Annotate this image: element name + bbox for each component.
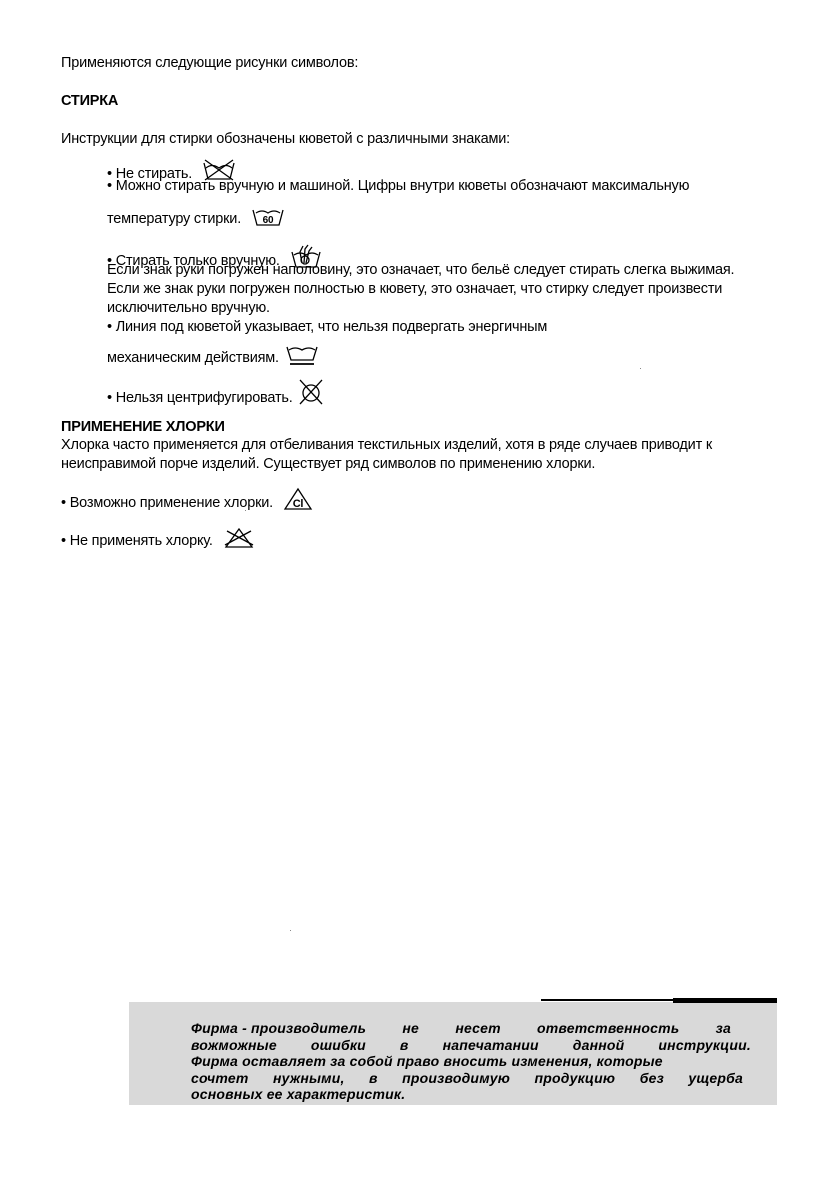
svg-text:60: 60 <box>263 215 274 226</box>
word: сочтет <box>191 1070 249 1086</box>
footer-rule-thick <box>673 998 777 1003</box>
word: в <box>400 1037 409 1053</box>
scan-speck <box>290 930 291 931</box>
item-text: • Возможно применение хлорки. <box>61 495 273 511</box>
do-not-tumble-dry-icon <box>298 378 324 410</box>
paragraph-line: Хлорка часто применяется для отбеливания… <box>61 437 712 453</box>
list-item: механическим действиям. <box>107 344 319 370</box>
disclaimer-line-2: вожможные ошибки в напечатании данной ин… <box>191 1037 751 1053</box>
word: в <box>369 1070 378 1086</box>
scan-speck <box>245 510 246 511</box>
footer-rule-thin <box>541 999 675 1001</box>
wash-60-icon: 60 <box>251 207 285 231</box>
paragraph-line: Если же знак руки погружен полностью в к… <box>107 281 722 297</box>
disclaimer-line-5: основных ее характеристик. <box>191 1086 405 1102</box>
word: напечатании <box>443 1037 539 1053</box>
washing-heading: СТИРКА <box>61 93 118 109</box>
list-item: • Нельзя центрифугировать. <box>107 378 324 410</box>
word: за <box>716 1020 731 1036</box>
item-text: • Нельзя центрифугировать. <box>107 390 293 406</box>
disclaimer-line-1: Фирма - производитель не несет ответстве… <box>191 1020 731 1036</box>
word: ошибки <box>311 1037 366 1053</box>
word: ущерба <box>688 1070 743 1086</box>
word: данной <box>573 1037 625 1053</box>
disclaimer-line-4: сочтет нужными, в производимую продукцию… <box>191 1070 743 1086</box>
paragraph-line: Если знак руки погружен наполовину, это … <box>107 262 734 278</box>
paragraph-line: исключительно вручную. <box>107 300 270 316</box>
item-text: • Не применять хлорку. <box>61 533 213 549</box>
svg-text:Cl: Cl <box>293 498 304 510</box>
paragraph-line: неисправимой порче изделий. Существует р… <box>61 456 595 472</box>
word: нужными, <box>273 1070 345 1086</box>
item-text: температуру стирки. <box>107 211 241 227</box>
word: вожможные <box>191 1037 277 1053</box>
disclaimer-line-3: Фирма оставляет за собой право вносить и… <box>191 1053 663 1069</box>
item-text: механическим действиям. <box>107 350 279 366</box>
word: инструкции. <box>658 1037 751 1053</box>
word: несет <box>455 1020 500 1036</box>
word: ответственность <box>537 1020 679 1036</box>
bleach-heading: ПРИМЕНЕНИЕ ХЛОРКИ <box>61 419 225 435</box>
gentle-wash-icon <box>285 344 319 370</box>
list-item: • Возможно применение хлорки. Cl <box>61 487 313 515</box>
list-item: • Не применять хлорку. <box>61 527 255 553</box>
scan-speck <box>640 368 641 369</box>
word: не <box>402 1020 419 1036</box>
list-item: • Линия под кюветой указывает, что нельз… <box>107 319 547 335</box>
word: производимую <box>402 1070 510 1086</box>
word: Фирма - производитель <box>191 1020 366 1036</box>
no-chlorine-icon <box>223 527 255 553</box>
list-item: • Можно стирать вручную и машиной. Цифры… <box>107 178 689 194</box>
washing-lead: Инструкции для стирки обозначены кюветой… <box>61 131 510 147</box>
intro-text: Применяются следующие рисунки символов: <box>61 55 358 71</box>
word: продукцию <box>535 1070 616 1086</box>
list-item: температуру стирки. 60 <box>107 207 285 231</box>
word: без <box>640 1070 664 1086</box>
chlorine-allowed-icon: Cl <box>283 487 313 515</box>
